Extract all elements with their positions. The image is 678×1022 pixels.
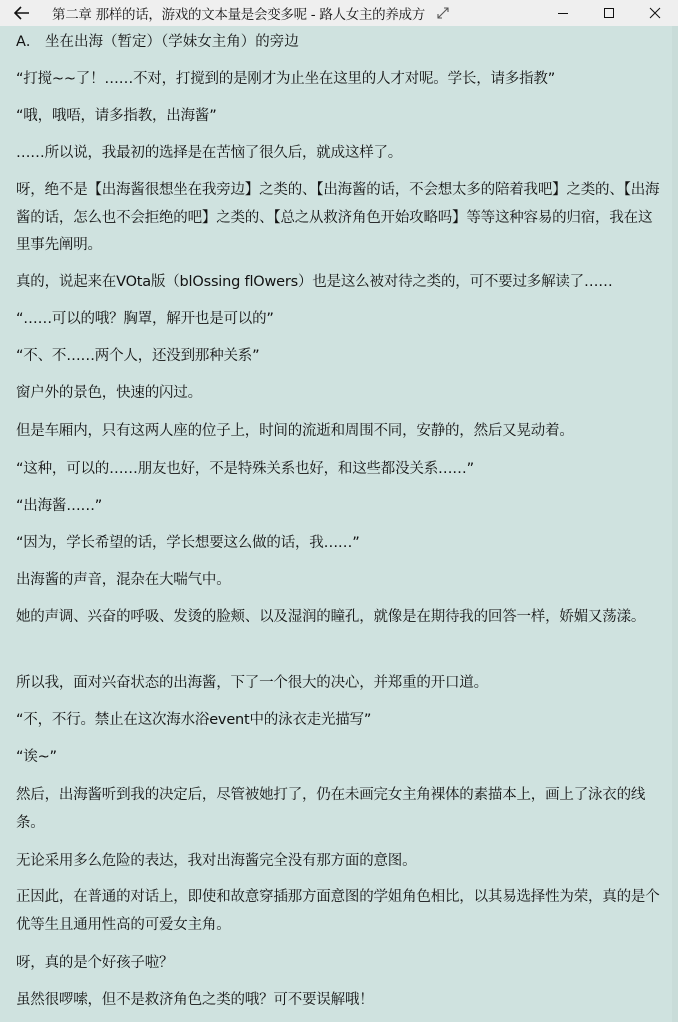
paragraph: “……可以的哦？胸罩，解开也是可以的”	[16, 306, 666, 334]
back-arrow-icon	[14, 6, 30, 20]
paragraph: 正因此，在普通的对话上，即使和故意穿插那方面意图的学姐角色相比，以其易选择性为荣…	[16, 884, 666, 939]
paragraph: 她的声调、兴奋的呼吸、发烫的脸颊、以及湿润的瞳孔，就像是在期待我的回答一样，娇媚…	[16, 604, 666, 632]
paragraph: “不，不行。禁止在这次海水浴event中的泳衣走光描写”	[16, 707, 666, 735]
maximize-icon	[603, 7, 615, 19]
reader-content[interactable]: A． 坐在出海（暂定）（学妹女主角）的旁边 “打搅~~了！……不对，打搅到的是刚…	[0, 26, 672, 1022]
paragraph: 无论采用多么危险的表达，我对出海酱完全没有那方面的意图。	[16, 848, 666, 876]
maximize-button[interactable]	[586, 0, 632, 26]
paragraph: 但是车厢内，只有这两人座的位子上，时间的流逝和周围不同，安静的，然后又晃动着。	[16, 418, 666, 446]
paragraph: “不、不……两个人，还没到那种关系”	[16, 343, 666, 371]
paragraph: 窗户外的景色，快速的闪过。	[16, 380, 666, 408]
paragraph: “这种，可以的……朋友也好，不是特殊关系也好，和这些都没关系……”	[16, 456, 666, 484]
paragraph: ……所以说，我最初的选择是在苦恼了很久后，就成这样了。	[16, 140, 666, 168]
paragraph: 所以我，面对兴奋状态的出海酱，下了一个很大的决心，并郑重的开口道。	[16, 670, 666, 698]
scrollbar-track[interactable]	[672, 26, 678, 1022]
title-bar: 第二章 那样的话，游戏的文本量是会变多呢 - 路人女主的养成方	[0, 0, 678, 26]
paragraph: “因为，学长希望的话，学长想要这么做的话，我……”	[16, 530, 666, 558]
window-title: 第二章 那样的话，游戏的文本量是会变多呢 - 路人女主的养成方	[52, 3, 425, 23]
paragraph: 呀，绝不是【出海酱很想坐在我旁边】之类的、【出海酱的话，不会想太多的陪着我吧】之…	[16, 177, 666, 260]
minimize-icon	[557, 7, 569, 19]
window-controls	[540, 0, 678, 26]
paragraph: “打搅~~了！……不对，打搅到的是刚才为止坐在这里的人才对呢。学长，请多指教”	[16, 66, 666, 94]
paragraph: “出海酱……”	[16, 493, 666, 521]
section-heading: A． 坐在出海（暂定）（学妹女主角）的旁边	[16, 30, 299, 51]
expand-icon	[436, 6, 450, 20]
back-button[interactable]	[0, 0, 44, 26]
close-icon	[649, 7, 661, 19]
minimize-button[interactable]	[540, 0, 586, 26]
paragraph: “哦，哦唔，请多指教，出海酱”	[16, 103, 666, 131]
paragraph: 然后，出海酱听到我的决定后，尽管被她打了，仍在未画完女主角裸体的素描本上，画上了…	[16, 782, 666, 837]
paragraph: 出海酱的声音，混杂在大喘气中。	[16, 567, 666, 595]
paragraph: 真的，说起来在VOta版（blOssing flOwers）也是这么被对待之类的…	[16, 269, 666, 297]
paragraph: 虽然很啰嗦，但不是救济角色之类的哦？可不要误解哦！	[16, 987, 666, 1015]
paragraph: 呀，真的是个好孩子啦？	[16, 950, 666, 978]
full-screen-button[interactable]	[431, 0, 455, 26]
close-button[interactable]	[632, 0, 678, 26]
paragraph: “诶~”	[16, 744, 666, 772]
